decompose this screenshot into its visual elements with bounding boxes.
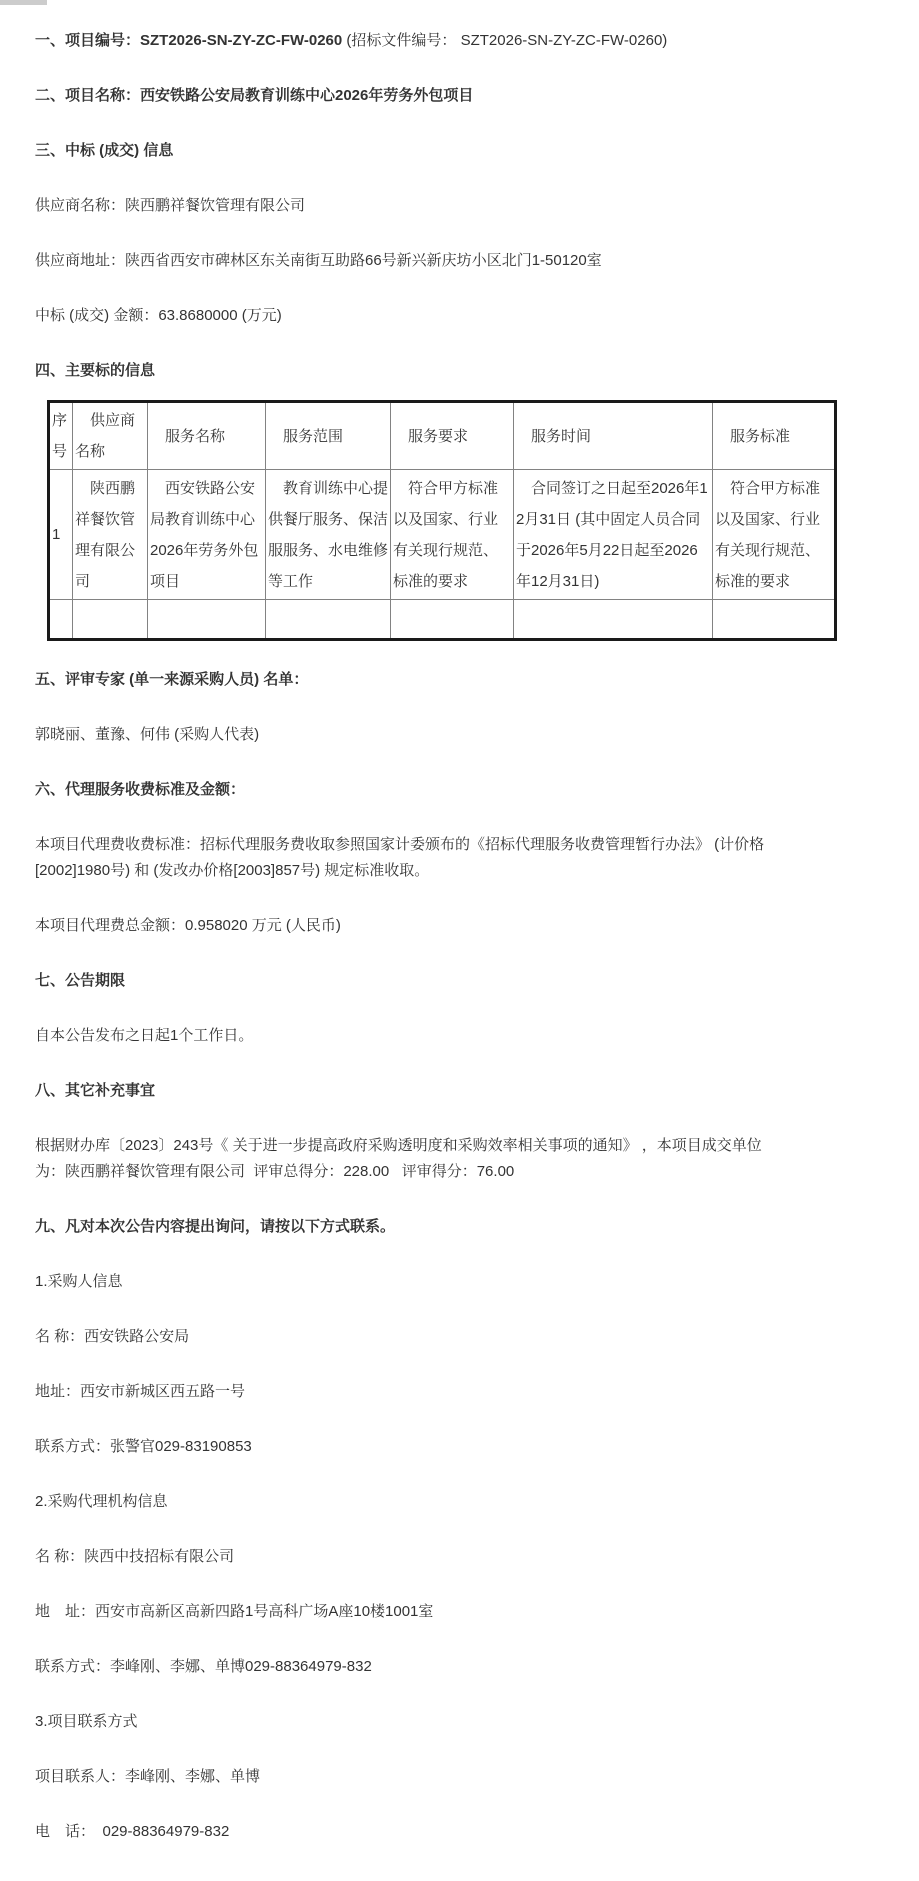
experts-text: 郭晓丽、董豫、何伟 (采购人代表) [35,722,819,748]
table-header-cell: 服务名称 [148,402,266,470]
purchaser-address-text: 地址：西安市新城区西五路一号 [35,1379,819,1405]
supplement-text: 根据财办库〔2023〕243号《 关于进一步提高政府采购透明度和采购效率相关事项… [35,1133,773,1185]
supplier-name-text: 供应商名称：陕西鹏祥餐饮管理有限公司 [35,193,819,219]
table-header-cell: 服务要求 [391,402,514,470]
purchaser-title: 1.采购人信息 [35,1269,819,1295]
project-contact-phone-text: 电 话： 029-88364979-832 [35,1819,819,1845]
table-cell [713,600,836,640]
agency-fee-total-text: 本项目代理费总金额：0.958020 万元 (人民币) [35,913,819,939]
project-contact-person-text: 项目联系人：李峰刚、李娜、单博 [35,1764,819,1790]
table-header-cell: 服务时间 [514,402,713,470]
project-contact-title: 3.项目联系方式 [35,1709,819,1735]
section-contact-heading: 九、凡对本次公告内容提出询问，请按以下方式联系。 [35,1214,819,1240]
table-header-cell: 服务标准 [713,402,836,470]
purchaser-contact-text: 联系方式：张警官029-83190853 [35,1434,819,1460]
agency-fee-standard-text: 本项目代理费收费标准：招标代理服务费收取参照国家计委颁布的《招标代理服务收费管理… [35,832,773,884]
table-cell: 陕西鹏祥餐饮管理有限公司 [73,470,148,600]
table-header-cell: 服务范围 [266,402,391,470]
table-header-cell: 序号 [49,402,73,470]
table-cell [73,600,148,640]
table-cell: 1 [49,470,73,600]
table-cell: 合同签订之日起至2026年12月31日 (其中固定人员合同于2026年5月22日… [514,470,713,600]
table-cell [266,600,391,640]
award-table: 序号供应商名称服务名称服务范围服务要求服务时间服务标准 1陕西鹏祥餐饮管理有限公… [47,400,837,641]
table-cell: 符合甲方标准以及国家、行业有关现行规范、标准的要求 [713,470,836,600]
section-subject-heading: 四、主要标的信息 [35,358,819,384]
award-table-body: 1陕西鹏祥餐饮管理有限公司西安铁路公安局教育训练中心2026年劳务外包项目教育训… [49,470,836,640]
table-cell [391,600,514,640]
section-experts-heading: 五、评审专家 (单一来源采购人员) 名单： [35,667,819,693]
announcement-body: 一、项目编号：SZT2026-SN-ZY-ZC-FW-0260 (招标文件编号：… [0,0,919,1845]
section-project-name: 二、项目名称：西安铁路公安局教育训练中心2026年劳务外包项目 [35,83,819,109]
table-cell [49,600,73,640]
project-number-paren-text: (招标文件编号： SZT2026-SN-ZY-ZC-FW-0260) [342,32,667,49]
award-amount-text: 中标 (成交) 金额：63.8680000 (万元) [35,303,819,329]
table-header-row: 序号供应商名称服务名称服务范围服务要求服务时间服务标准 [49,402,836,470]
section-agency-fee-heading: 六、代理服务收费标准及金额： [35,777,819,803]
section-project-number: 一、项目编号：SZT2026-SN-ZY-ZC-FW-0260 (招标文件编号：… [35,28,819,54]
table-cell [148,600,266,640]
purchaser-name-text: 名 称：西安铁路公安局 [35,1324,819,1350]
table-cell: 符合甲方标准以及国家、行业有关现行规范、标准的要求 [391,470,514,600]
section-supplement-heading: 八、其它补充事宜 [35,1078,819,1104]
supplier-address-text: 供应商地址：陕西省西安市碑林区东关南街互助路66号新兴新庆坊小区北门1-5012… [35,248,819,274]
table-cell [514,600,713,640]
top-edge-fragment [0,0,47,5]
table-row: 1陕西鹏祥餐饮管理有限公司西安铁路公安局教育训练中心2026年劳务外包项目教育训… [49,470,836,600]
table-cell: 教育训练中心提供餐厅服务、保洁服服务、水电维修等工作 [266,470,391,600]
period-text: 自本公告发布之日起1个工作日。 [35,1023,819,1049]
agency-title: 2.采购代理机构信息 [35,1489,819,1515]
table-cell: 西安铁路公安局教育训练中心2026年劳务外包项目 [148,470,266,600]
table-row [49,600,836,640]
section-period-heading: 七、公告期限 [35,968,819,994]
agency-name-text: 名 称：陕西中技招标有限公司 [35,1544,819,1570]
agency-address-text: 地 址：西安市高新区高新四路1号高科广场A座10楼1001室 [35,1599,819,1625]
agency-contact-text: 联系方式：李峰刚、李娜、单博029-88364979-832 [35,1654,819,1680]
table-header-cell: 供应商名称 [73,402,148,470]
section-award-info-heading: 三、中标 (成交) 信息 [35,138,819,164]
project-number-text: 一、项目编号：SZT2026-SN-ZY-ZC-FW-0260 [35,32,342,49]
